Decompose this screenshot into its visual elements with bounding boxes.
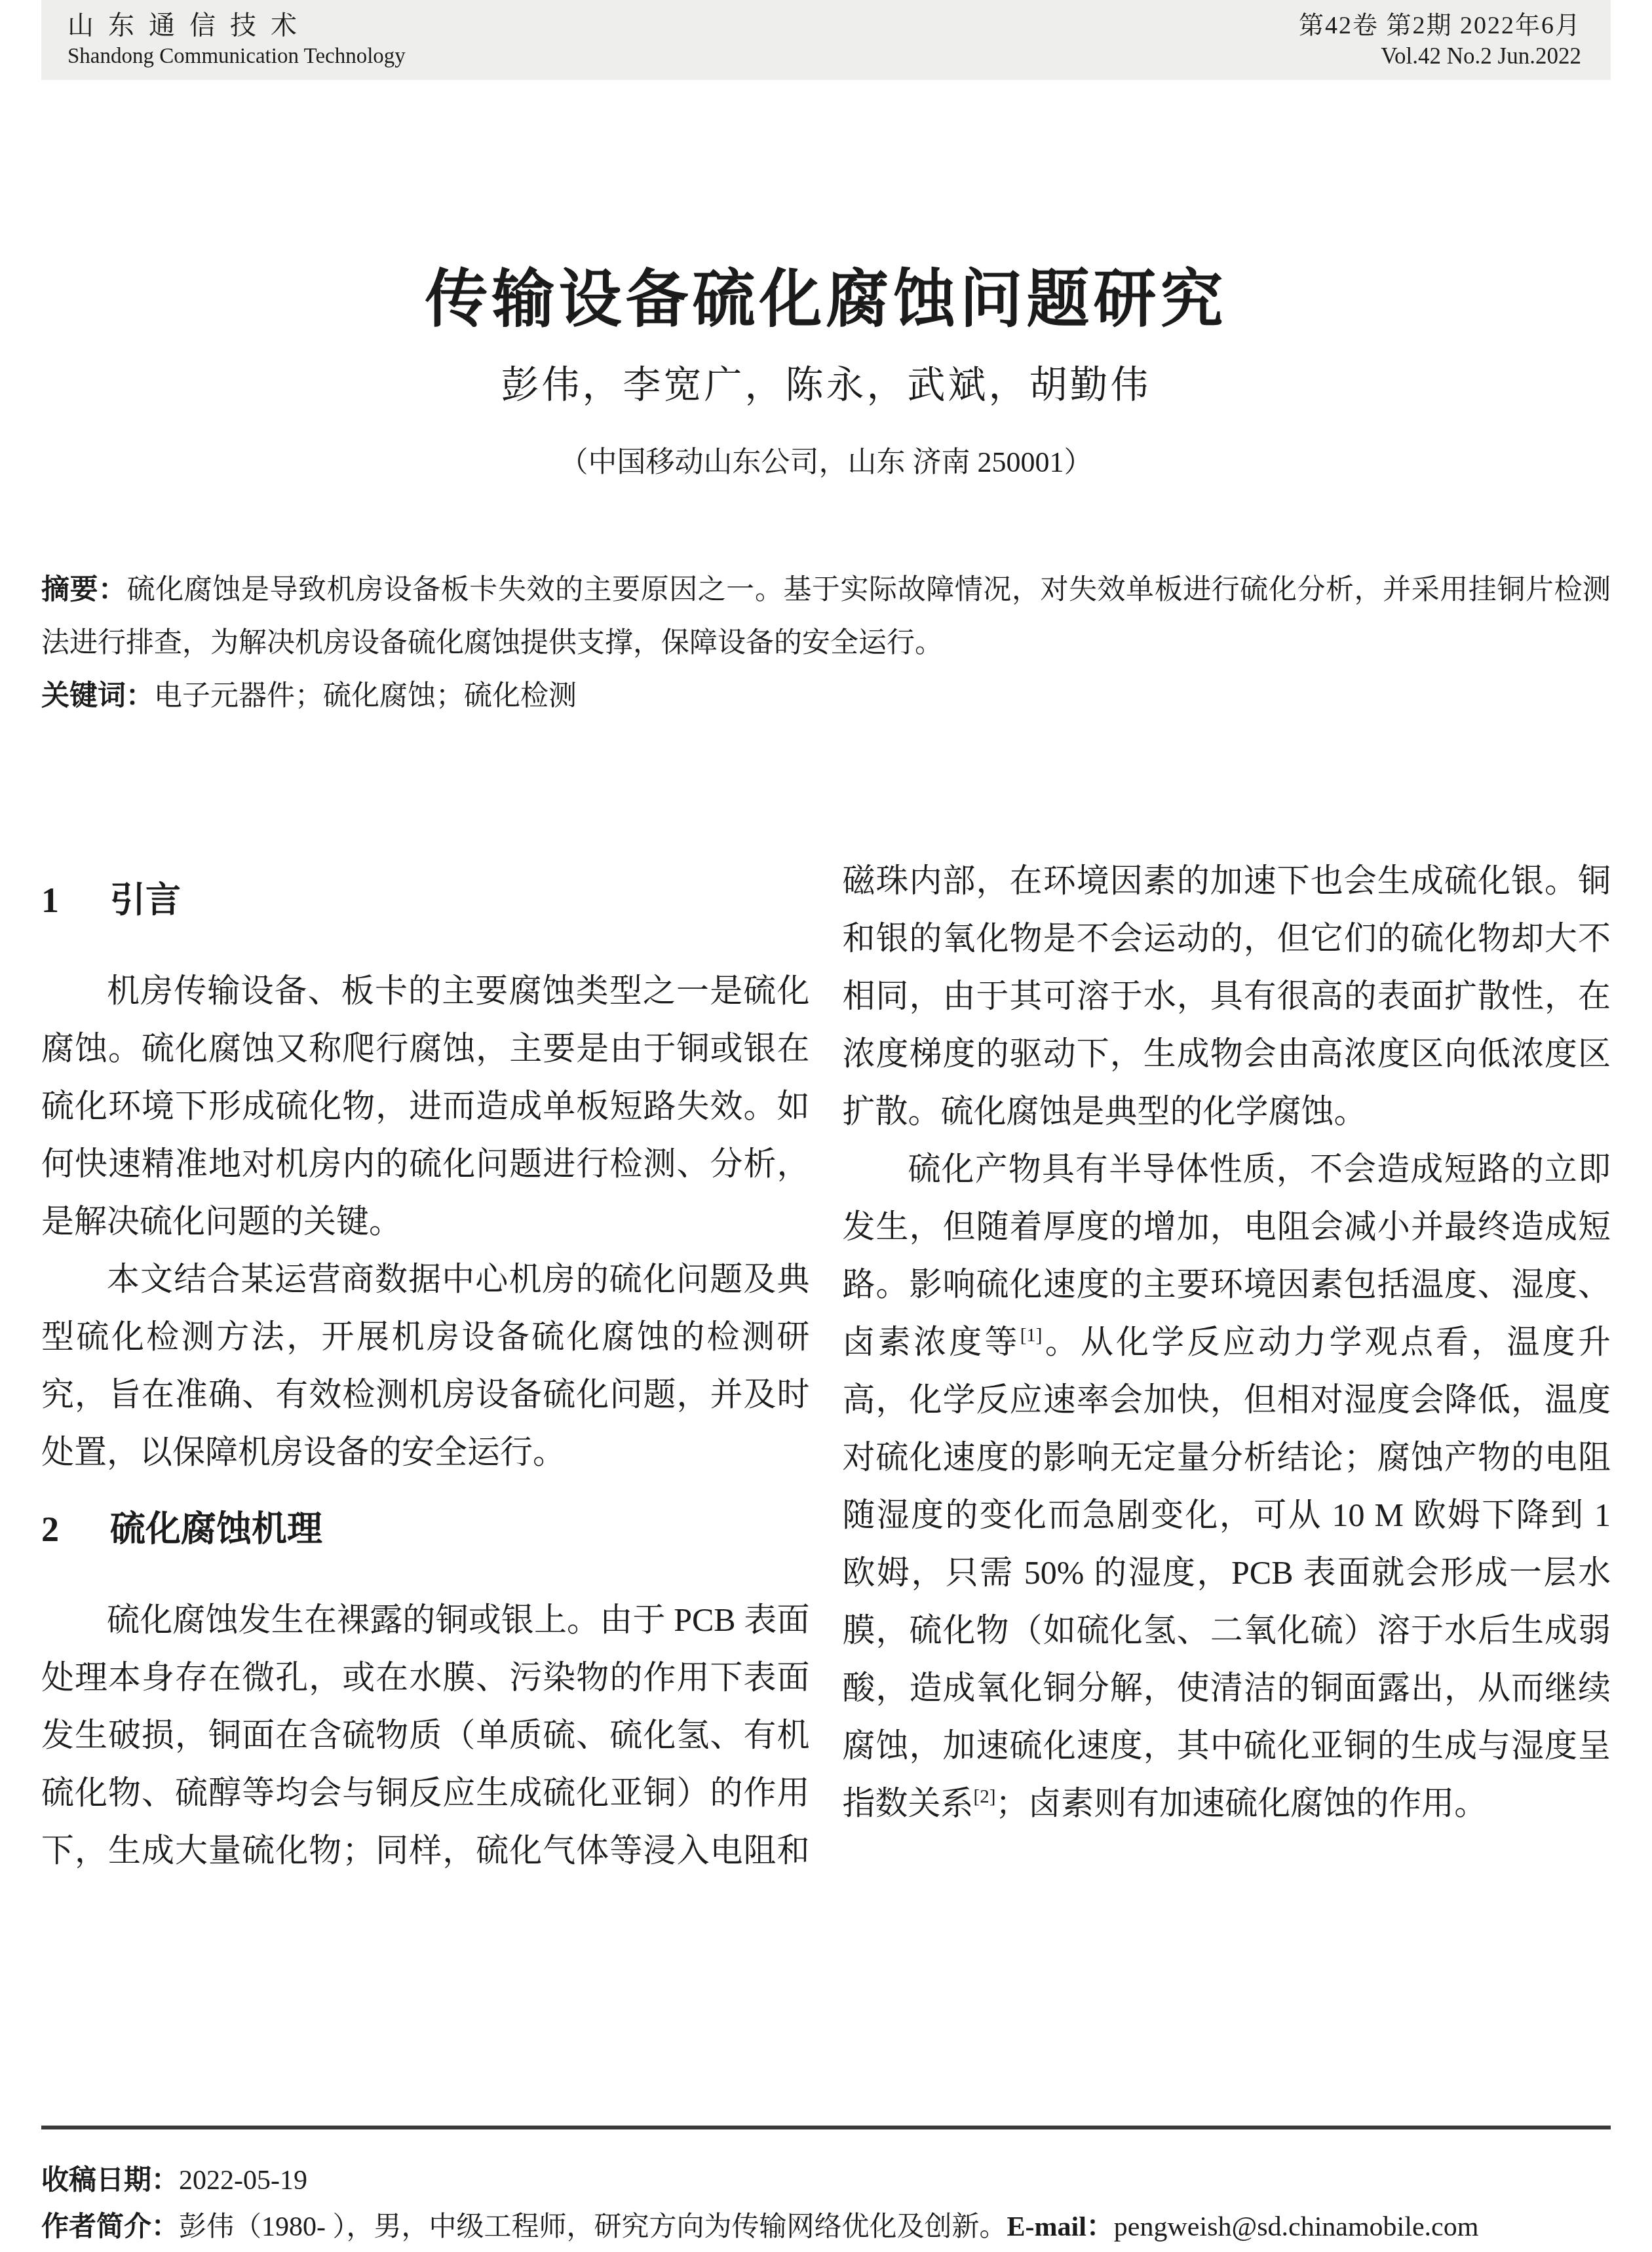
affiliation: （中国移动山东公司，山东 济南 250001） — [0, 443, 1652, 482]
keywords-paragraph: 关键词：电子元器件；硫化腐蚀；硫化检测 — [41, 670, 1611, 723]
issue-info-en: Vol.42 No.2 Jun.2022 — [1299, 42, 1581, 71]
paragraph: 本文结合某运营商数据中心机房的硫化问题及典型硫化检测方法，开展机房设备硫化腐蚀的… — [41, 1250, 810, 1481]
section-heading-1: 1引言 — [41, 871, 810, 929]
email-address: pengweish@sd.chinamobile.com — [1114, 2212, 1479, 2242]
email-label: E-mail： — [1007, 2212, 1114, 2242]
author-bio-text: 彭伟（1980- ），男，中级工程师，研究方向为传输网络优化及创新。 — [179, 2212, 1007, 2242]
received-date-label: 收稿日期： — [41, 2164, 179, 2195]
footer-block: 收稿日期：2022-05-19 作者简介：彭伟（1980- ），男，中级工程师，… — [41, 2157, 1611, 2250]
section-title: 引言 — [110, 881, 181, 920]
author-bio-line: 作者简介：彭伟（1980- ），男，中级工程师，研究方向为传输网络优化及创新。E… — [41, 2204, 1611, 2250]
abstract-paragraph: 摘要：硫化腐蚀是导致机房设备板卡失效的主要原因之一。基于实际故障情况，对失效单板… — [41, 563, 1611, 670]
article-title: 传输设备硫化腐蚀问题研究 — [0, 250, 1652, 349]
received-date-line: 收稿日期：2022-05-19 — [41, 2157, 1611, 2204]
abstract-text: 硫化腐蚀是导致机房设备板卡失效的主要原因之一。基于实际故障情况，对失效单板进行硫… — [41, 575, 1611, 658]
paragraph: 硫化产物具有半导体性质，不会造成短路的立即发生，但随着厚度的增加，电阻会减小并最… — [843, 1140, 1611, 1832]
issue-info-zh: 第42卷 第2期 2022年6月 — [1299, 9, 1581, 42]
author-bio-label: 作者简介： — [41, 2211, 179, 2242]
journal-name-zh: 山东通信技术 — [67, 9, 406, 42]
keywords-text: 电子元器件；硫化腐蚀；硫化检测 — [154, 681, 577, 712]
journal-name-en: Shandong Communication Technology — [67, 42, 406, 71]
section-title: 硫化腐蚀机理 — [110, 1510, 322, 1549]
author-list: 彭伟，李宽广，陈永，武斌，胡勤伟 — [0, 359, 1652, 411]
paragraph: 机房传输设备、板卡的主要腐蚀类型之一是硫化腐蚀。硫化腐蚀又称爬行腐蚀，主要是由于… — [41, 962, 810, 1250]
paper-page: 山东通信技术 Shandong Communication Technology… — [0, 0, 1652, 2252]
journal-name-block: 山东通信技术 Shandong Communication Technology — [67, 9, 406, 71]
issue-info-block: 第42卷 第2期 2022年6月 Vol.42 No.2 Jun.2022 — [1299, 9, 1581, 71]
section-number: 1 — [41, 871, 110, 929]
abstract-label: 摘要： — [41, 574, 127, 605]
section-heading-2: 2硫化腐蚀机理 — [41, 1500, 810, 1558]
abstract-block: 摘要：硫化腐蚀是导致机房设备板卡失效的主要原因之一。基于实际故障情况，对失效单板… — [41, 563, 1611, 723]
received-date-value: 2022-05-19 — [179, 2166, 307, 2196]
body-columns: 1引言 机房传输设备、板卡的主要腐蚀类型之一是硫化腐蚀。硫化腐蚀又称爬行腐蚀，主… — [41, 852, 1611, 1887]
journal-header-band: 山东通信技术 Shandong Communication Technology… — [41, 0, 1611, 80]
keywords-label: 关键词： — [41, 680, 154, 712]
footnote-divider — [41, 2126, 1611, 2129]
section-number: 2 — [41, 1500, 110, 1558]
